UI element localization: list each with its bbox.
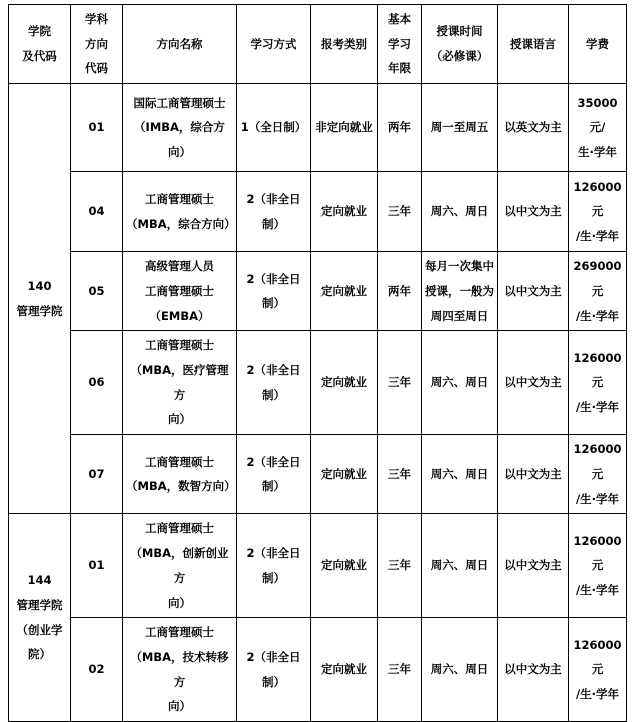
tuition-cell: 126000 元 /生·学年 xyxy=(569,435,627,514)
category-cell: 定向就业 xyxy=(311,618,378,722)
years-cell: 三年 xyxy=(378,514,422,618)
tuition-cell: 126000 元 /生·学年 xyxy=(569,514,627,618)
tuition-cell: 126000 元 /生·学年 xyxy=(569,331,627,435)
time-cell: 周六、周日 xyxy=(422,435,498,514)
time-cell: 周六、周日 xyxy=(422,514,498,618)
tuition-cell: 126000 元 /生·学年 xyxy=(569,618,627,722)
study-mode-cell: 2（非全日制） xyxy=(237,331,311,435)
header-row: 学院 及代码 学科 方向 代码 方向名称 学习方式 报考类别 基本 学习 年限 … xyxy=(9,5,627,84)
direction-name-cell: 工商管理硕士 （MBA，技术转移方 向） xyxy=(123,618,237,722)
language-cell: 以英文为主 xyxy=(498,84,569,172)
direction-name-cell: 国际工商管理硕士 （IMBA，综合方向） xyxy=(123,84,237,172)
years-cell: 三年 xyxy=(378,618,422,722)
time-cell: 每月一次集中 授课，一般为 周四至周日 xyxy=(422,252,498,331)
table-row: 140 管理学院 01 国际工商管理硕士 （IMBA，综合方向） 1（全日制） … xyxy=(9,84,627,172)
language-cell: 以中文为主 xyxy=(498,618,569,722)
admission-info-table: 学院 及代码 学科 方向 代码 方向名称 学习方式 报考类别 基本 学习 年限 … xyxy=(8,4,627,722)
time-cell: 周一至周五 xyxy=(422,84,498,172)
language-cell: 以中文为主 xyxy=(498,435,569,514)
code-cell: 05 xyxy=(71,252,123,331)
category-cell: 定向就业 xyxy=(311,252,378,331)
direction-name-cell: 工商管理硕士 （MBA，创新创业方 向） xyxy=(123,514,237,618)
years-cell: 三年 xyxy=(378,435,422,514)
study-mode-cell: 2（非全日制） xyxy=(237,252,311,331)
header-teaching-language: 授课语言 xyxy=(498,5,569,84)
college-cell-144: 144 管理学院 （创业学院） xyxy=(9,514,71,722)
category-cell: 定向就业 xyxy=(311,331,378,435)
study-mode-cell: 2（非全日制） xyxy=(237,514,311,618)
study-mode-cell: 1（全日制） xyxy=(237,84,311,172)
years-cell: 三年 xyxy=(378,331,422,435)
header-direction-name: 方向名称 xyxy=(123,5,237,84)
table-row: 06 工商管理硕士 （MBA，医疗管理方 向） 2（非全日制） 定向就业 三年 … xyxy=(9,331,627,435)
category-cell: 非定向就业 xyxy=(311,84,378,172)
code-cell: 01 xyxy=(71,84,123,172)
language-cell: 以中文为主 xyxy=(498,331,569,435)
language-cell: 以中文为主 xyxy=(498,252,569,331)
study-mode-cell: 2（非全日制） xyxy=(237,435,311,514)
time-cell: 周六、周日 xyxy=(422,331,498,435)
table-row: 04 工商管理硕士 （MBA，综合方向） 2（非全日制） 定向就业 三年 周六、… xyxy=(9,172,627,252)
language-cell: 以中文为主 xyxy=(498,514,569,618)
table-row: 05 高级管理人员 工商管理硕士 （EMBA） 2（非全日制） 定向就业 两年 … xyxy=(9,252,627,331)
header-study-years: 基本 学习 年限 xyxy=(378,5,422,84)
header-major-code: 学科 方向 代码 xyxy=(71,5,123,84)
years-cell: 两年 xyxy=(378,84,422,172)
header-study-mode: 学习方式 xyxy=(237,5,311,84)
years-cell: 两年 xyxy=(378,252,422,331)
time-cell: 周六、周日 xyxy=(422,618,498,722)
header-tuition: 学费 xyxy=(569,5,627,84)
code-cell: 01 xyxy=(71,514,123,618)
direction-name-cell: 工商管理硕士 （MBA，综合方向） xyxy=(123,172,237,252)
code-cell: 04 xyxy=(71,172,123,252)
language-cell: 以中文为主 xyxy=(498,172,569,252)
header-college: 学院 及代码 xyxy=(9,5,71,84)
table-row: 07 工商管理硕士 （MBA，数智方向） 2（非全日制） 定向就业 三年 周六、… xyxy=(9,435,627,514)
category-cell: 定向就业 xyxy=(311,435,378,514)
header-application-category: 报考类别 xyxy=(311,5,378,84)
code-cell: 06 xyxy=(71,331,123,435)
code-cell: 07 xyxy=(71,435,123,514)
page: 学院 及代码 学科 方向 代码 方向名称 学习方式 报考类别 基本 学习 年限 … xyxy=(0,0,634,638)
study-mode-cell: 2（非全日制） xyxy=(237,172,311,252)
direction-name-cell: 工商管理硕士 （MBA，数智方向） xyxy=(123,435,237,514)
college-cell-140: 140 管理学院 xyxy=(9,84,71,514)
header-teaching-time: 授课时间 （必修课） xyxy=(422,5,498,84)
study-mode-cell: 2（非全日制） xyxy=(237,618,311,722)
table-row: 144 管理学院 （创业学院） 01 工商管理硕士 （MBA，创新创业方 向） … xyxy=(9,514,627,618)
time-cell: 周六、周日 xyxy=(422,172,498,252)
tuition-cell: 35000 元/ 生·学年 xyxy=(569,84,627,172)
tuition-cell: 126000 元 /生·学年 xyxy=(569,172,627,252)
category-cell: 定向就业 xyxy=(311,514,378,618)
years-cell: 三年 xyxy=(378,172,422,252)
code-cell: 02 xyxy=(71,618,123,722)
direction-name-cell: 高级管理人员 工商管理硕士 （EMBA） xyxy=(123,252,237,331)
direction-name-cell: 工商管理硕士 （MBA，医疗管理方 向） xyxy=(123,331,237,435)
table-row: 02 工商管理硕士 （MBA，技术转移方 向） 2（非全日制） 定向就业 三年 … xyxy=(9,618,627,722)
tuition-cell: 269000 元 /生·学年 xyxy=(569,252,627,331)
category-cell: 定向就业 xyxy=(311,172,378,252)
